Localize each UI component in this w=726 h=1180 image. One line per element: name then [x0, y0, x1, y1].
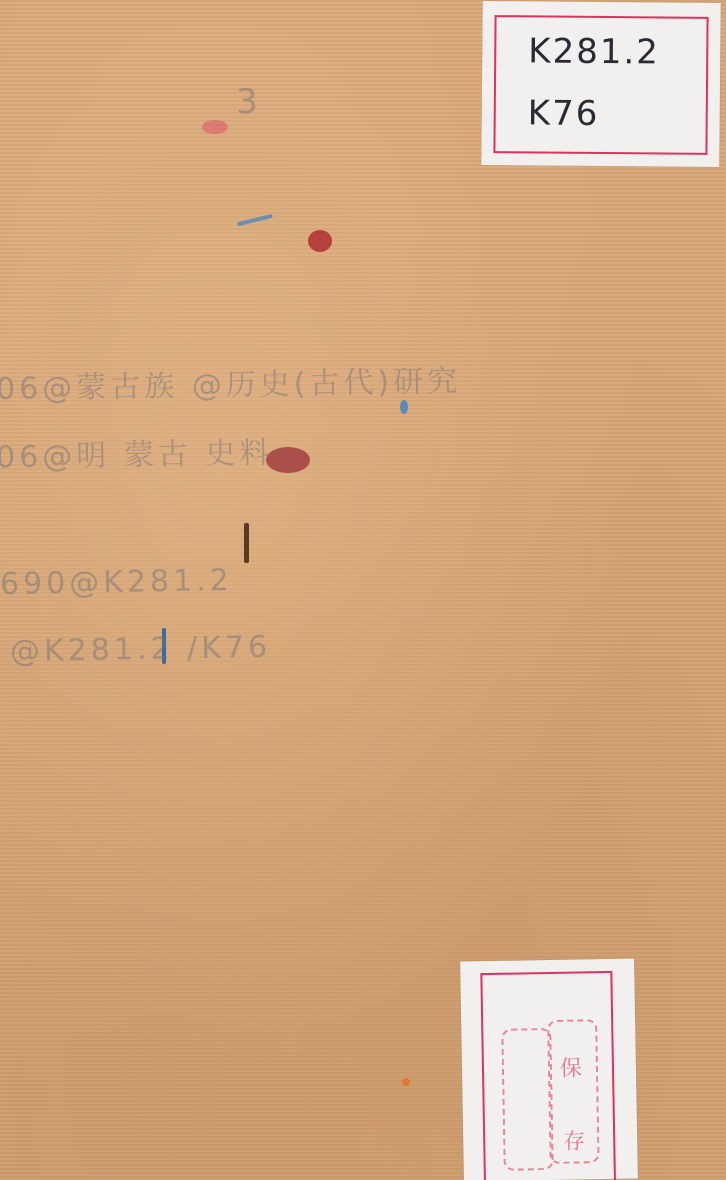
pencil-number: 3: [236, 82, 262, 122]
pencil-line-2: 06@明 蒙古 史料: [0, 428, 274, 477]
orange-fleck: [402, 1078, 410, 1086]
call-number-line-2: K76: [528, 93, 600, 134]
stamp-book-left: [501, 1028, 553, 1171]
red-fleck: [202, 120, 228, 134]
stamp-char-1: 保: [560, 1051, 583, 1082]
dark-fiber: [244, 523, 249, 563]
call-number-line-1: K281.2: [528, 31, 660, 72]
pencil-line-3: 690@K281.2: [0, 563, 233, 602]
pencil-line-4: @K281.2 /K76: [10, 630, 272, 670]
stamp-label: 保 存: [460, 958, 638, 1180]
blue-fleck: [400, 400, 408, 414]
call-number-label: K281.2 K76: [481, 1, 720, 167]
stamp-char-2: 存: [563, 1124, 586, 1155]
pencil-line-1: 06@蒙古族 @历史(古代)研究: [0, 356, 461, 408]
red-fleck: [308, 230, 332, 252]
